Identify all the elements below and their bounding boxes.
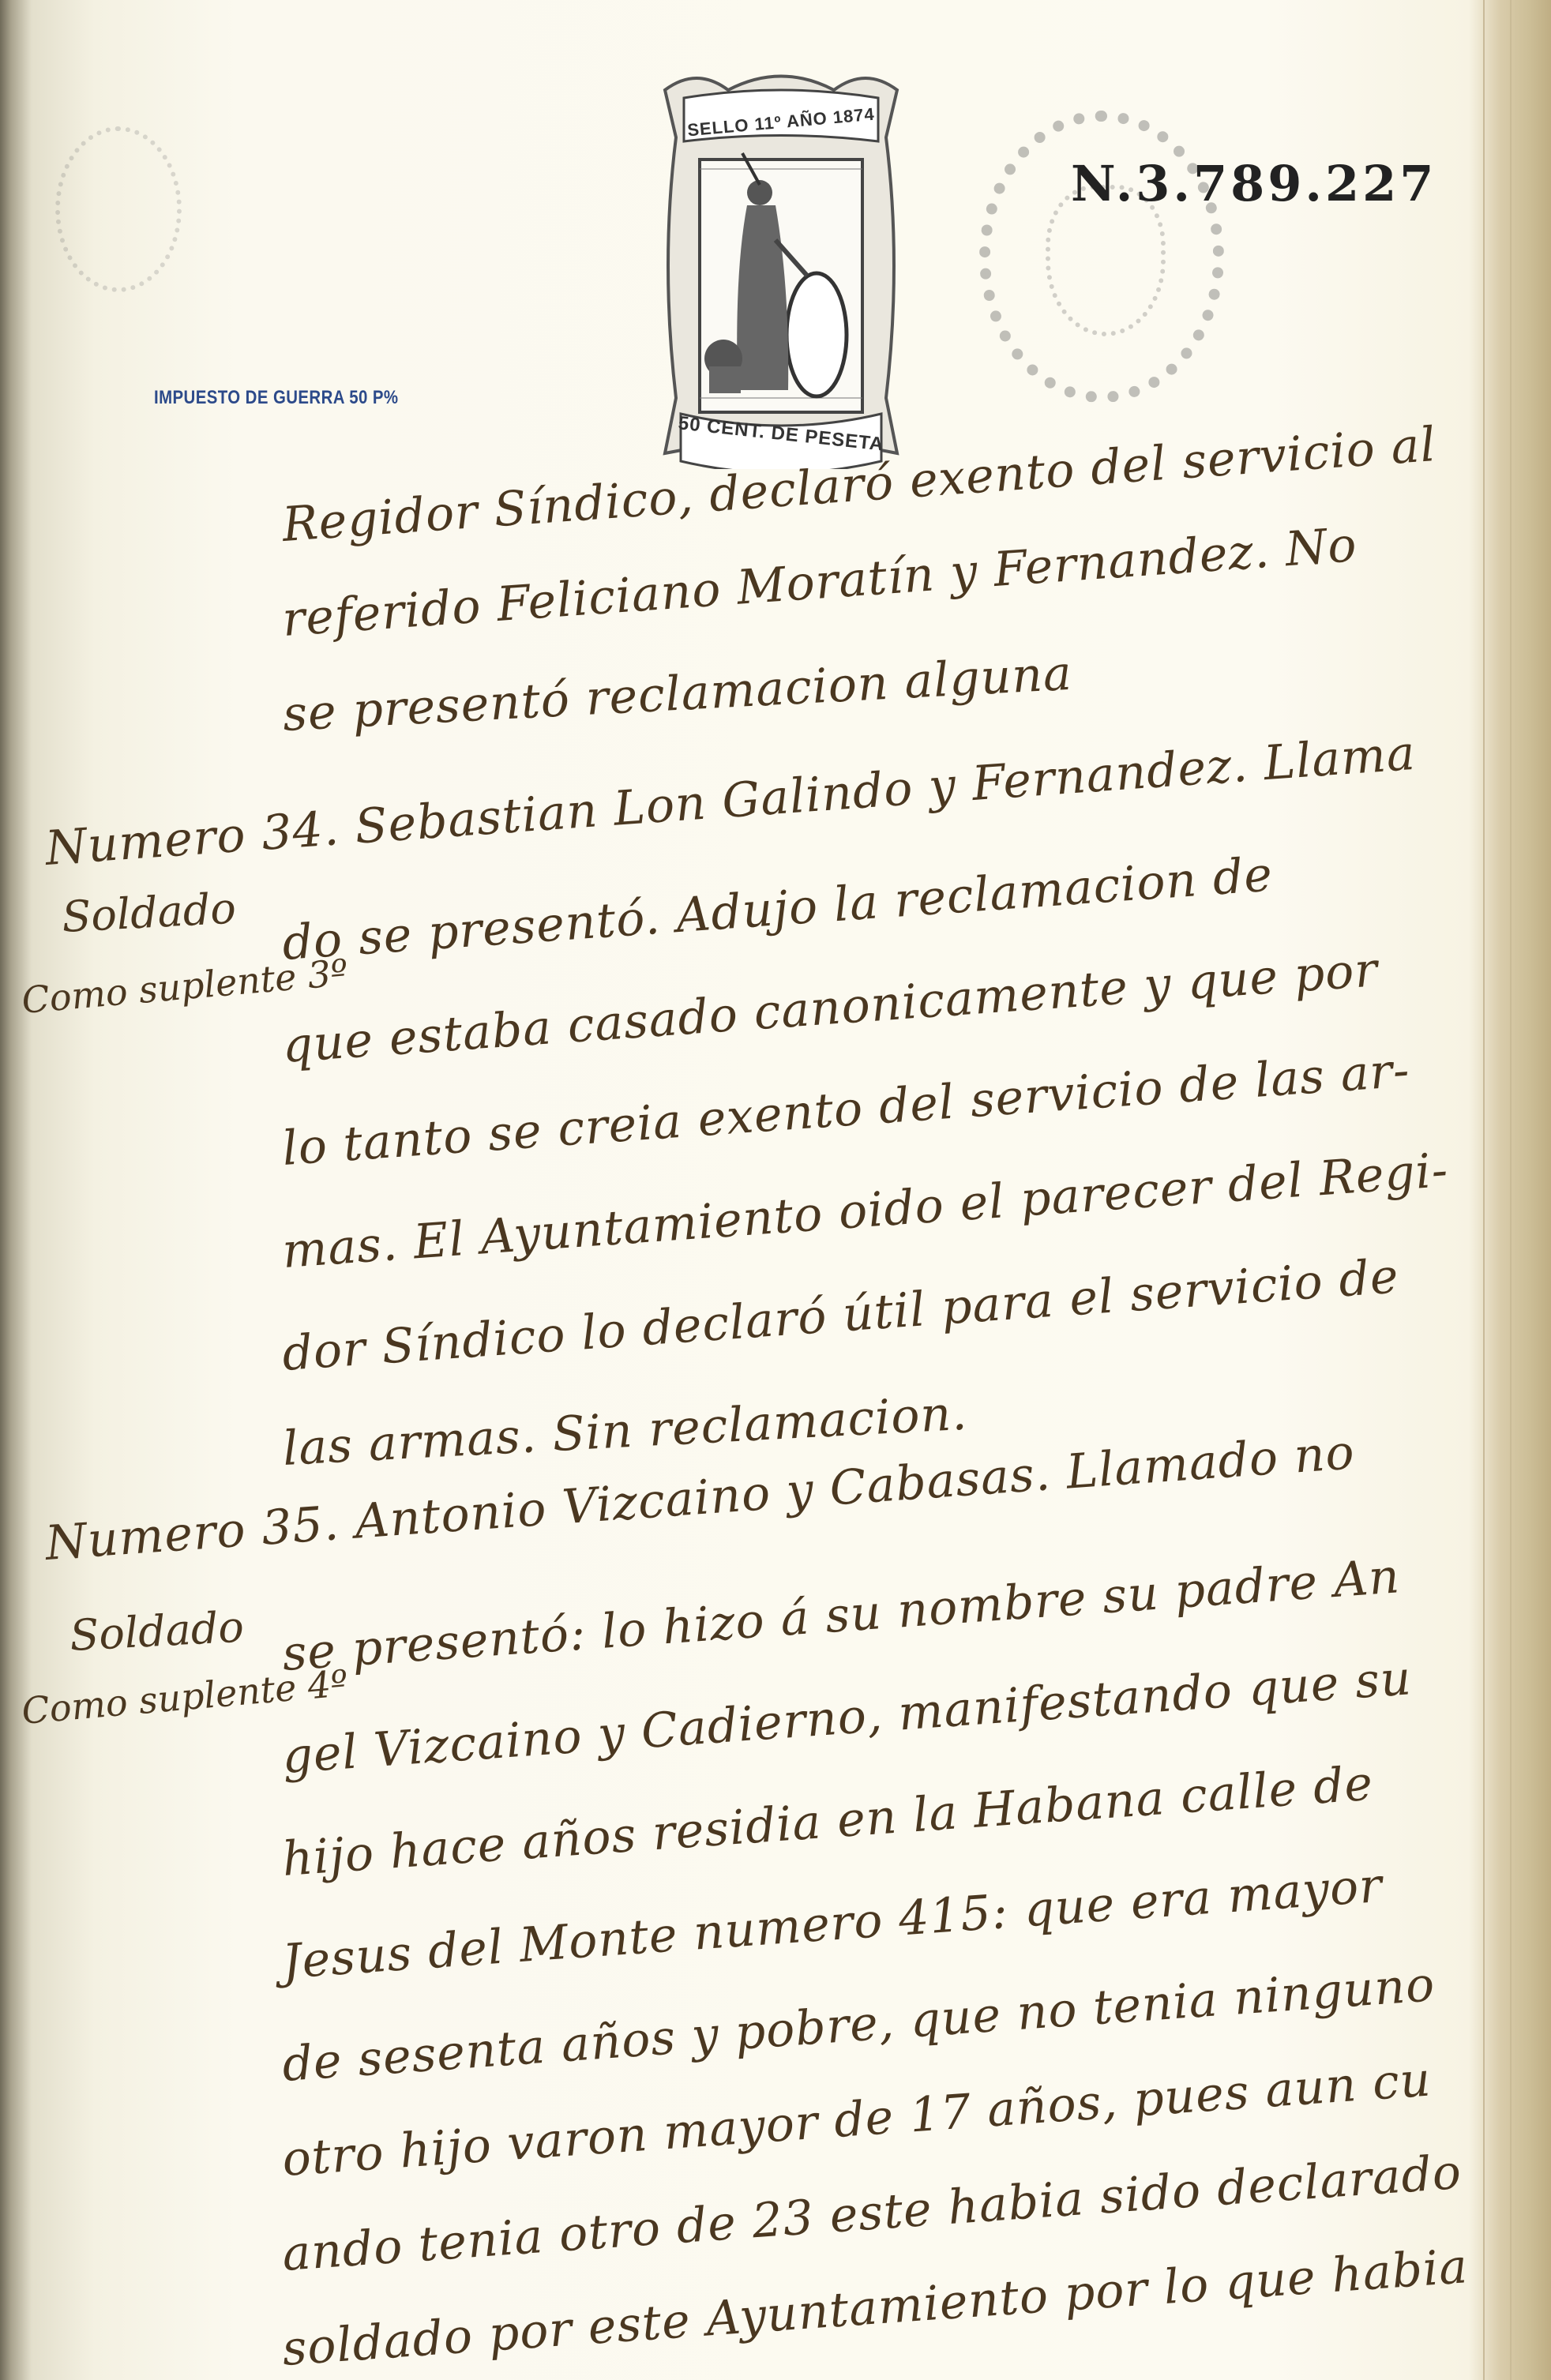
body-line: se presentó reclamacion alguna xyxy=(281,646,1073,742)
margin-note-soldado: Soldado xyxy=(69,1602,246,1661)
body-line: se presentó: lo hizo á su nombre su padr… xyxy=(280,1549,1402,1682)
margin-note-suplente: Como suplente 4º xyxy=(20,1661,349,1732)
body-line: dor Síndico lo declaró útil para el serv… xyxy=(280,1248,1400,1382)
revenue-stamp: SELLO 11º AÑO 1874 50 CENT. DE PESETA xyxy=(649,66,913,469)
body-line: Jesus del Monte numero 415: que era mayo… xyxy=(280,1858,1384,1990)
body-line: do se presentó. Adujo la reclamacion de xyxy=(280,847,1275,971)
margin-note-suplente: Como suplente 3º xyxy=(20,951,349,1022)
serial-number: N.3.789.227 xyxy=(1071,155,1436,212)
page-fold xyxy=(1483,0,1485,2380)
faded-seal-left-icon xyxy=(55,126,182,292)
war-tax-stamp: IMPUESTO DE GUERRA 50 P% xyxy=(154,387,398,409)
page-fold-2 xyxy=(1510,0,1512,2380)
body-line: que estaba casado canonicamente y que po… xyxy=(280,942,1380,1074)
margin-note-soldado: Soldado xyxy=(61,884,238,942)
document-page: SELLO 11º AÑO 1874 50 CENT. DE PESETA N.… xyxy=(0,0,1551,2380)
body-line: hijo hace años residia en la Habana call… xyxy=(280,1756,1375,1887)
